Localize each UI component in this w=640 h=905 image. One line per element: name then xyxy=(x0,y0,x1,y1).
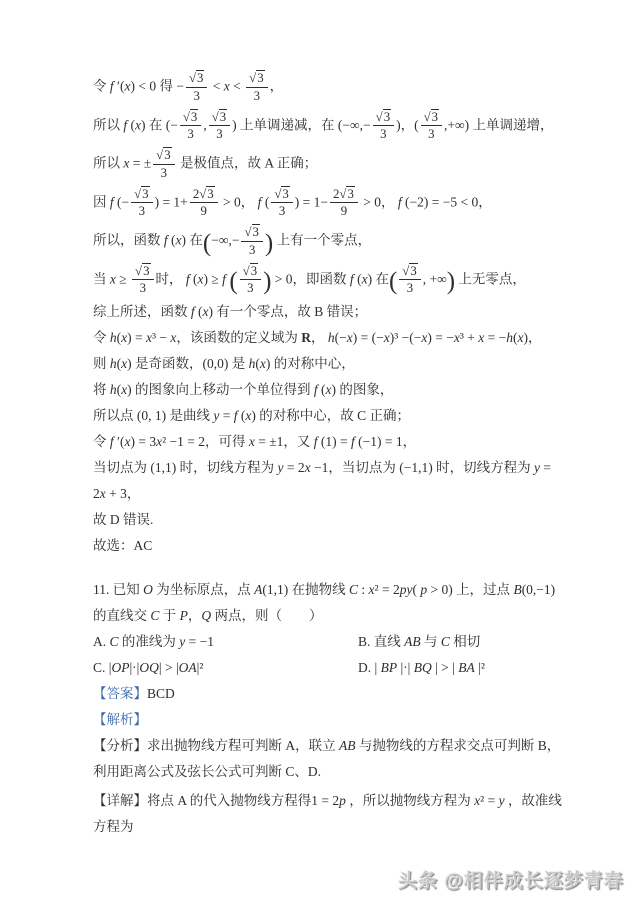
fraction: √33 xyxy=(399,264,420,297)
text-run: 的图象向上移动一个单位得到 xyxy=(135,382,314,397)
math-run: < x < xyxy=(209,78,244,93)
text-run: 当 xyxy=(93,271,110,286)
text-run: ，该函数的定义域为 xyxy=(176,330,301,345)
text-run: 故 D 错误. xyxy=(93,512,153,527)
math-run: x = ±1 xyxy=(249,434,284,449)
math-run: (0, 1) xyxy=(137,408,170,423)
solution-line: 所以，函数 f (x) 在(−∞,−√33) 上有一个零点， xyxy=(93,222,566,261)
fraction: √33 xyxy=(180,110,201,143)
text-run: 故选：AC xyxy=(93,538,152,553)
math-run: A(1,1) xyxy=(254,582,292,597)
solution-line: 所以点 (0, 1) 是曲线 y = f (x) 的对称中心，故 C 正确； xyxy=(93,403,566,429)
text-run: 上单调递减，在 xyxy=(237,117,338,132)
fraction: 2√39 xyxy=(190,187,218,220)
text-run: 综上所述，函数 xyxy=(93,304,191,319)
math-run: > 0 xyxy=(220,194,241,209)
math-run: AB xyxy=(404,634,424,649)
solution-line: 令 f ′(x) = 3x² −1 = 2，可得 x = ±1，又 f (1) … xyxy=(93,429,566,455)
text-run: ， xyxy=(528,330,542,345)
math-run: , xyxy=(203,117,206,132)
text-run: 于 xyxy=(163,608,180,623)
math-run: Q xyxy=(201,608,214,623)
text-run: ， xyxy=(188,608,202,623)
fraction: √33 xyxy=(240,264,261,297)
math-run: 1 = 2p xyxy=(311,793,349,808)
analysis-line: 【解析】 xyxy=(93,707,566,733)
text-run: D. xyxy=(358,660,375,675)
big-paren: ) xyxy=(265,232,273,257)
fraction: √33 xyxy=(153,148,174,181)
fraction: √33 xyxy=(131,187,152,220)
math-run: O xyxy=(143,582,156,597)
math-run: y = −1 xyxy=(179,634,214,649)
text-run: 与 xyxy=(424,634,441,649)
solution-line: 所以 x = ±√33 是极值点，故 A 正确； xyxy=(93,145,566,184)
text-run: 所以 xyxy=(93,117,123,132)
math-run: ) = 1+ xyxy=(155,194,188,209)
text-run: 是曲线 xyxy=(170,408,214,423)
text-run: 的图象， xyxy=(339,382,393,397)
big-paren: ( xyxy=(229,270,237,295)
math-run: f (x) ≥ f xyxy=(186,271,229,286)
math-run: h(x) xyxy=(249,356,274,371)
text-run: B. 直线 xyxy=(358,634,404,649)
text-run: ，又 xyxy=(283,434,313,449)
big-paren: ( xyxy=(389,270,397,295)
text-run: ，即函数 xyxy=(293,271,350,286)
text-run: A. xyxy=(93,634,110,649)
text-run: 【分析】求出抛物线方程可判断 A，联立 xyxy=(93,738,339,753)
math-run: (− xyxy=(166,117,178,132)
options-row-cd: C. |OP|·|OQ| > |OA|² D. | BP |·| BQ | > … xyxy=(93,655,566,681)
option-b: B. 直线 AB 与 C 相切 xyxy=(358,629,566,655)
text-run: 当切点为 xyxy=(93,460,150,475)
math-run: y = f (x) xyxy=(213,408,259,423)
math-run: P xyxy=(180,608,188,623)
text-run: 时，切线方程为 xyxy=(180,460,278,475)
text-run: ，当切点为 xyxy=(328,460,399,475)
text-run: 时， xyxy=(156,271,186,286)
solution-line: 综上所述，函数 f (x) 有一个零点，故 B 错误； xyxy=(93,299,566,325)
text-run: ， xyxy=(311,330,328,345)
answer-line: 【答案】BCD xyxy=(93,681,566,707)
math-run: h(x) = x³ − x xyxy=(110,330,177,345)
text-run: ，可得 xyxy=(205,434,249,449)
text-run: 有一个零点，故 B 错误； xyxy=(216,304,367,319)
text-run: 是极值点，故 A 正确； xyxy=(177,155,318,170)
math-run: (−1,1) xyxy=(399,460,436,475)
solution-line: 将 h(x) 的图象向上移动一个单位得到 f (x) 的图象， xyxy=(93,377,566,403)
text-run: ，所以抛物线方程为 xyxy=(349,793,474,808)
math-run: (1,1) xyxy=(150,460,179,475)
fraction: √33 xyxy=(421,110,442,143)
math-run: h(x) xyxy=(110,382,135,397)
text-run: 的准线为 xyxy=(122,634,179,649)
document-page: 令 f ′(x) < 0 得 −√33 < x < √33，所以 f (x) 在… xyxy=(0,0,640,840)
math-run: C xyxy=(150,608,162,623)
math-run: f (− xyxy=(110,194,129,209)
math-run: f (1) = f (−1) = 1 xyxy=(314,434,403,449)
math-run: f (x) xyxy=(164,232,190,247)
option-c: C. |OP|·|OQ| > |OA|² xyxy=(93,655,358,681)
text-run: 令 xyxy=(93,434,110,449)
text-run: 所以点 xyxy=(93,408,137,423)
text-run: 在抛物线 xyxy=(292,582,349,597)
text-run: ， xyxy=(381,194,398,209)
text-run: 相切 xyxy=(453,634,480,649)
text-run: ， xyxy=(241,194,258,209)
math-run: C xyxy=(441,634,453,649)
text-run: 为坐标原点，点 xyxy=(156,582,254,597)
math-run: > 0 xyxy=(271,271,292,286)
solution-line: 令 f ′(x) < 0 得 −√33 < x < √33， xyxy=(93,68,566,107)
fraction: √33 xyxy=(246,71,267,104)
question-11-stem: 11. 已知 O 为坐标原点，点 A(1,1) 在抛物线 C : x² = 2p… xyxy=(93,577,566,629)
math-run: | BP |·| BQ | > | BA |² xyxy=(375,660,485,675)
text-run: 上，过点 xyxy=(456,582,513,597)
text-run: 是奇函数， xyxy=(135,356,203,371)
text-run: ， xyxy=(401,117,415,132)
text-run: ， xyxy=(127,486,141,501)
math-run: f ( xyxy=(258,194,270,209)
solution-10-section: 令 f ′(x) < 0 得 −√33 < x < √33，所以 f (x) 在… xyxy=(93,68,566,559)
solution-line: 当切点为 (1,1) 时，切线方程为 y = 2x −1，当切点为 (−1,1)… xyxy=(93,455,566,507)
math-run: x ≥ xyxy=(110,271,130,286)
math-run: C : x² = 2py( p > 0) xyxy=(349,582,456,597)
math-run: f (x) xyxy=(350,271,376,286)
text-run: 所以 xyxy=(93,155,123,170)
fenxi-paragraph: 【分析】求出抛物线方程可判断 A，联立 AB 与抛物线的方程求交点可判断 B，利… xyxy=(93,733,566,785)
text-run: 则 xyxy=(93,356,110,371)
fraction: √33 xyxy=(241,225,262,258)
fraction: √33 xyxy=(271,187,292,220)
text-run: 上单调递增， xyxy=(469,117,553,132)
fraction: √33 xyxy=(186,71,207,104)
solution-line: 因 f (−√33) = 1+2√39 > 0， f (√33) = 1−2√3… xyxy=(93,184,566,223)
options-row-ab: A. C 的准线为 y = −1 B. 直线 AB 与 C 相切 xyxy=(93,629,566,655)
text-run: 令 xyxy=(93,78,110,93)
fraction: √33 xyxy=(132,264,153,297)
text-run: 的对称中心， xyxy=(274,356,355,371)
solution-line: 故选：AC xyxy=(93,533,566,559)
fraction: 2√39 xyxy=(330,187,358,220)
solution-line: 则 h(x) 是奇函数，(0,0) 是 h(x) 的对称中心， xyxy=(93,351,566,377)
math-run: (−∞,− xyxy=(338,117,371,132)
math-run: x² = y xyxy=(474,793,508,808)
math-run: B(0,−1) xyxy=(513,582,555,597)
text-run: 令 xyxy=(93,330,110,345)
math-run: −∞,− xyxy=(211,232,239,247)
text-run: 上无零点， xyxy=(455,271,526,286)
math-run: f (x) xyxy=(314,382,340,397)
text-run: 将 xyxy=(93,382,110,397)
math-run: (0,0) xyxy=(203,356,232,371)
math-run: f (x) xyxy=(191,304,217,319)
text-run: 因 xyxy=(93,194,110,209)
math-run: , +∞ xyxy=(423,271,447,286)
xiangjie-paragraph: 【详解】将点 A 的代入抛物线方程得1 = 2p ，所以抛物线方程为 x² = … xyxy=(93,788,566,840)
math-run: − xyxy=(176,78,184,93)
math-run: f ′(x) < 0 xyxy=(110,78,160,93)
text-run: 的直线交 xyxy=(93,608,150,623)
math-run: AB xyxy=(339,738,359,753)
text-run: ， xyxy=(478,194,492,209)
text-run: 的对称中心，故 C 正确； xyxy=(259,408,410,423)
toutiao-watermark: 头条 @相伴成长逐梦青春 xyxy=(398,866,624,893)
text-run: 11. 已知 xyxy=(93,582,143,597)
text-run: ， xyxy=(270,78,284,93)
math-run: > 0 xyxy=(360,194,381,209)
math-run: y = 2x −1 xyxy=(278,460,329,475)
text-run: 是 xyxy=(232,356,249,371)
math-run: h(x) xyxy=(110,356,135,371)
solution-line: 令 h(x) = x³ − x，该函数的定义域为 R， h(−x) = (−x)… xyxy=(93,325,566,351)
math-run: f (x) xyxy=(123,117,149,132)
solution-line: 故 D 错误. xyxy=(93,507,566,533)
text-run: ， xyxy=(403,434,417,449)
big-paren: ) xyxy=(447,270,455,295)
text-run: 两点，则（ ） xyxy=(215,608,323,623)
math-run: ( xyxy=(414,117,419,132)
text-run: 在 xyxy=(189,232,203,247)
answer-value: BCD xyxy=(147,686,175,701)
text-run: 得 xyxy=(159,78,176,93)
text-run: 上有一个零点， xyxy=(273,232,371,247)
text-run: 所以，函数 xyxy=(93,232,164,247)
math-run: x = ± xyxy=(123,155,151,170)
text-run: R xyxy=(301,330,311,345)
text-run: 在 xyxy=(149,117,166,132)
fraction: √33 xyxy=(209,110,230,143)
fraction: √33 xyxy=(373,110,394,143)
option-d: D. | BP |·| BQ | > | BA |² xyxy=(358,655,566,681)
math-run: f ′(x) = 3x² −1 = 2 xyxy=(110,434,205,449)
text-run: 【详解】将点 A 的代入抛物线方程得 xyxy=(93,793,311,808)
option-a: A. C 的准线为 y = −1 xyxy=(93,629,358,655)
analysis-tag: 【解析】 xyxy=(93,712,147,727)
text-run: 在 xyxy=(375,271,389,286)
answer-tag: 【答案】 xyxy=(93,686,147,701)
math-run: ) = 1− xyxy=(295,194,328,209)
math-run: f (−2) = −5 < 0 xyxy=(398,194,478,209)
math-run: ,+∞) xyxy=(444,117,469,132)
text-run: 时，切线方程为 xyxy=(436,460,534,475)
math-run: C xyxy=(110,634,122,649)
math-run: |OP|·|OQ| > |OA|² xyxy=(109,660,204,675)
solution-line: 所以 f (x) 在 (−√33,√33) 上单调递减，在 (−∞,−√33)，… xyxy=(93,107,566,146)
math-run: h(−x) = (−x)³ −(−x) = −x³ + x = −h(x) xyxy=(328,330,528,345)
solution-line: 当 x ≥ √33时， f (x) ≥ f (√33) > 0，即函数 f (x… xyxy=(93,261,566,300)
text-run: C. xyxy=(93,660,109,675)
big-paren: ( xyxy=(203,232,211,257)
